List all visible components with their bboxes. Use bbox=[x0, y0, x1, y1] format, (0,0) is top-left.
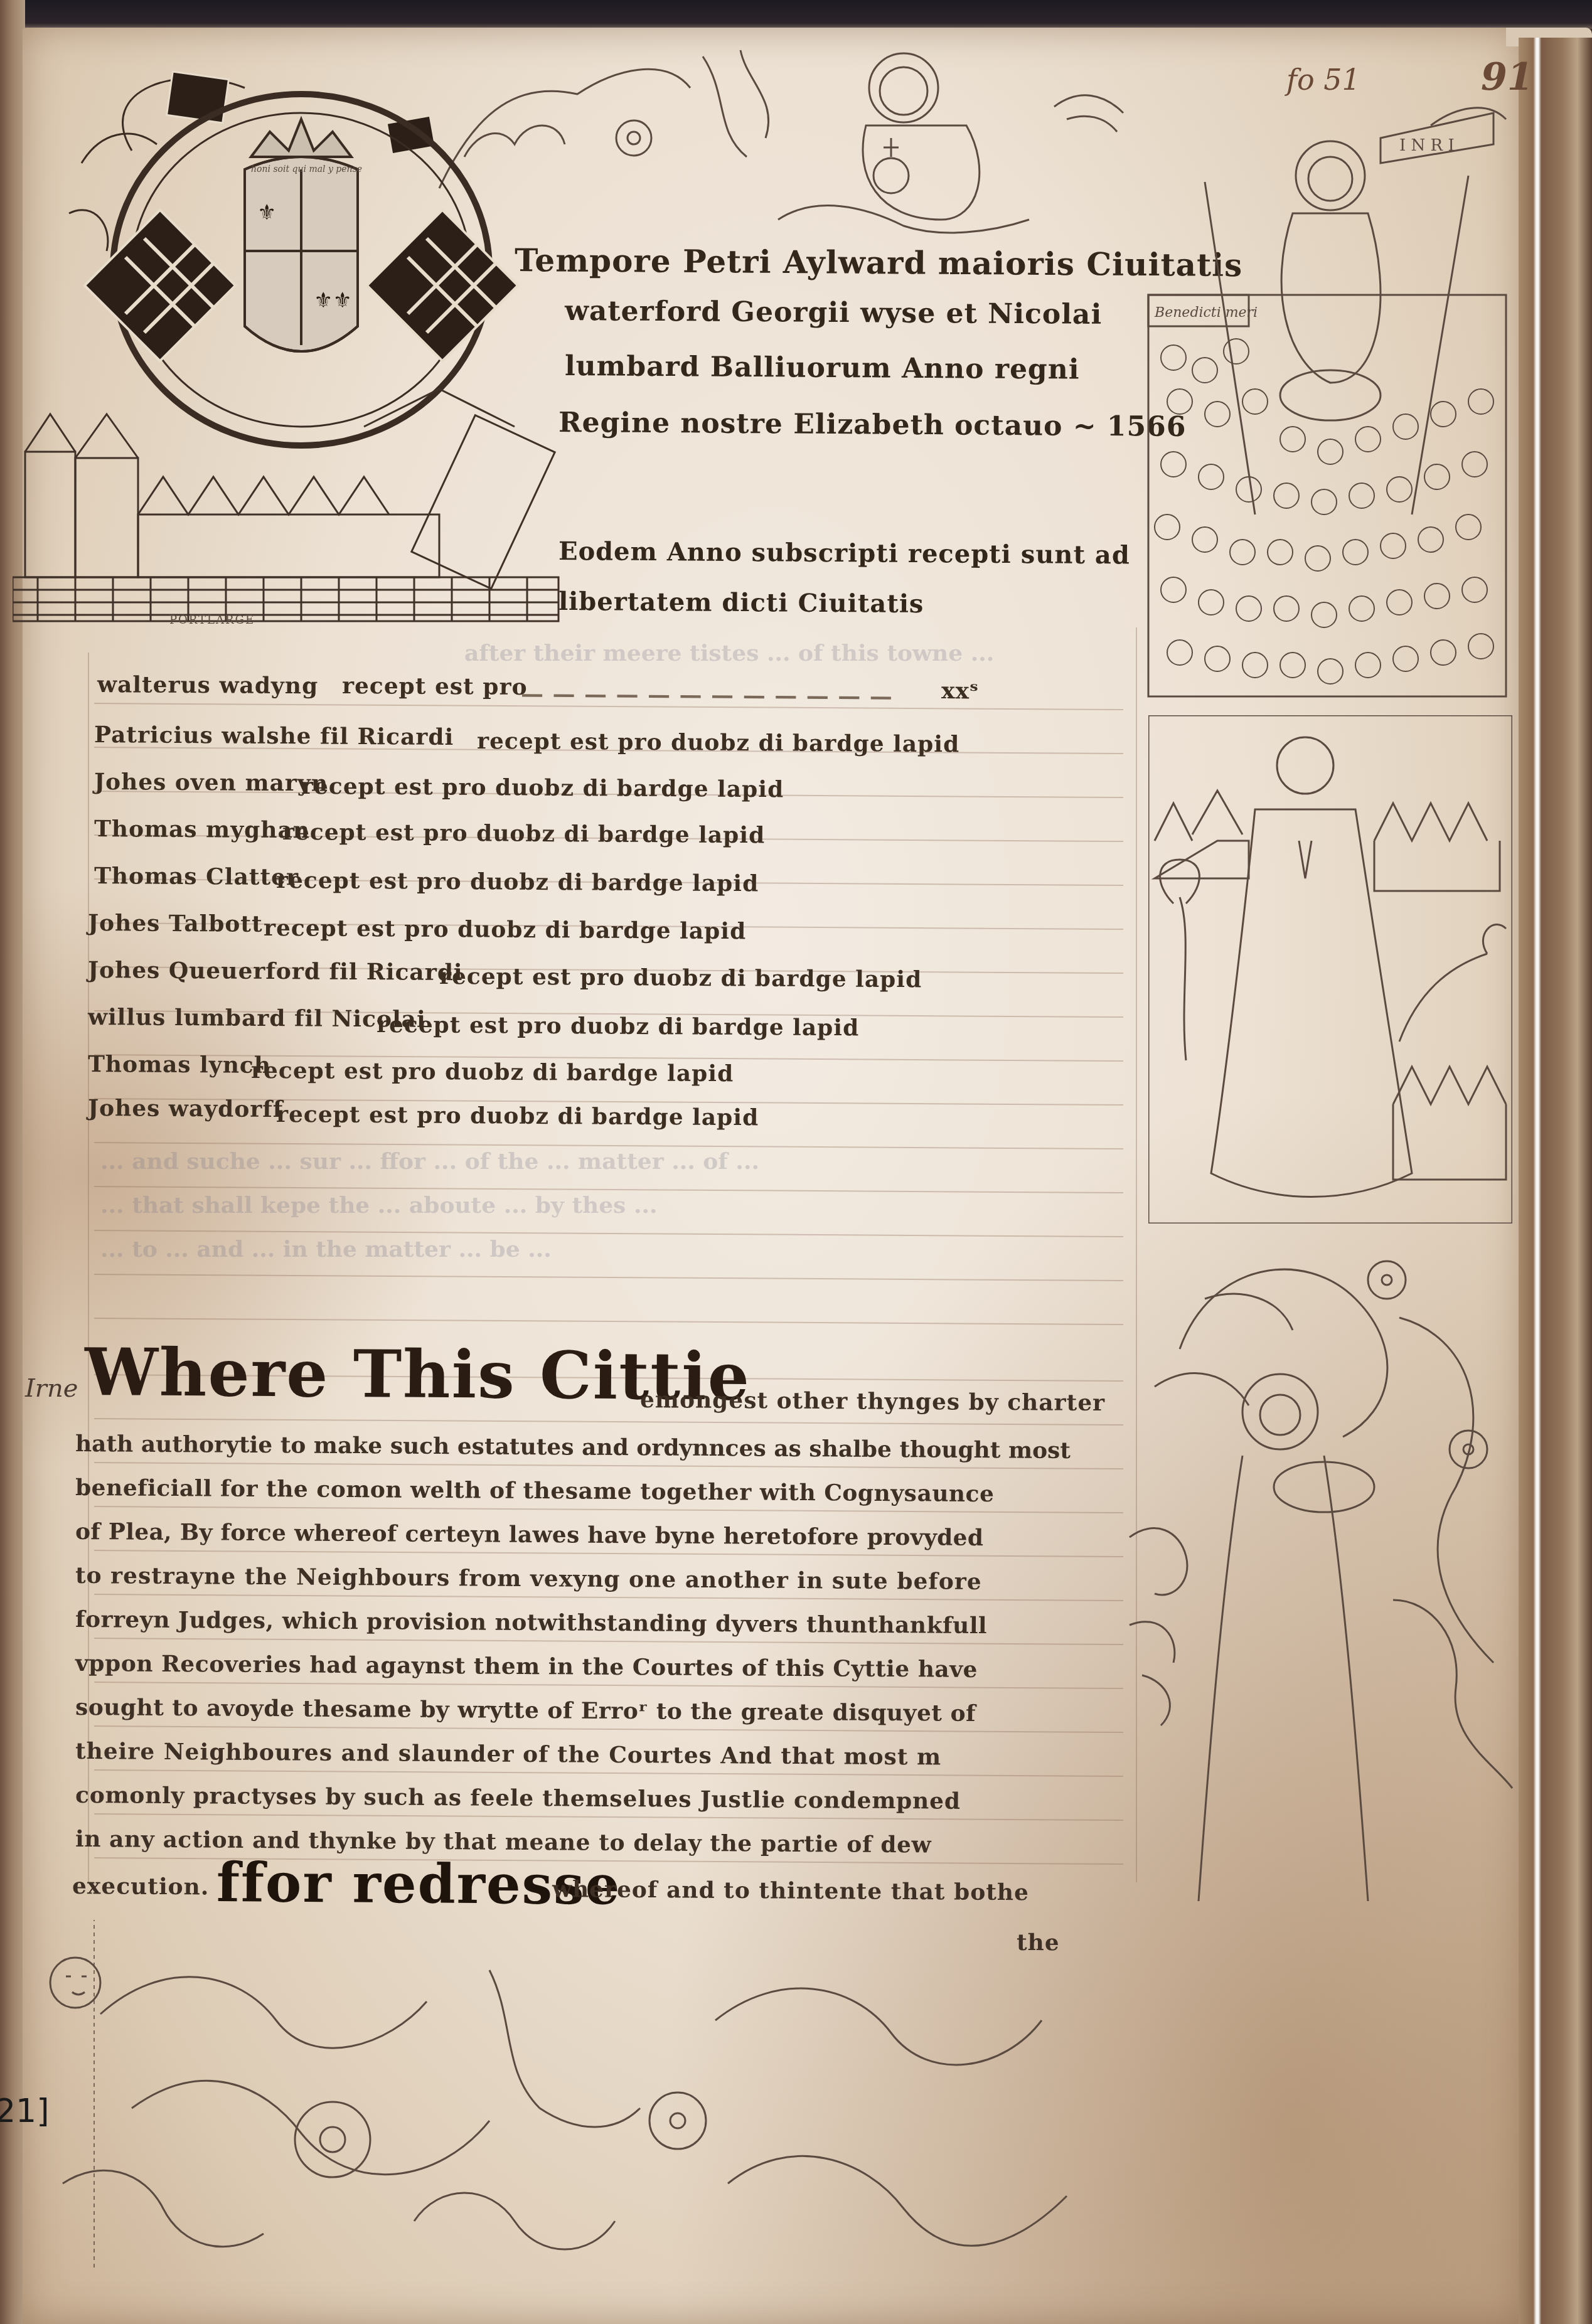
freeman-entry: recept est pro duobz di bardge lapid bbox=[377, 1011, 859, 1041]
city-view-illustration bbox=[13, 351, 577, 640]
show-through-text: ... to ... and ... in the matter ... be … bbox=[100, 1236, 552, 1262]
freeman-name: Johes Talbott bbox=[88, 910, 263, 937]
freeman-entry: recept est pro bbox=[342, 673, 528, 700]
freeman-entry: recept est pro duobz di bardge lapid bbox=[264, 915, 746, 944]
city-label: PORTLARGE bbox=[169, 614, 255, 627]
binding-gutter bbox=[0, 0, 25, 2324]
statute-line: emongest other thynges by charter bbox=[640, 1387, 1105, 1416]
freeman-name: Johes Queuerford fil Ricardi bbox=[88, 957, 463, 986]
standing-woman-illustration bbox=[1148, 715, 1512, 1223]
svg-text:Benedicti meri: Benedicti meri bbox=[1154, 305, 1258, 321]
margin-note: Irne bbox=[25, 1374, 78, 1403]
fee-dash-leader: — — — — — — — — — — — — bbox=[521, 681, 893, 710]
heading-line-2: waterford Georgii wyse et Nicolai bbox=[565, 295, 1103, 331]
freeman-name: Thomas myghan bbox=[94, 816, 310, 843]
heading-line-1: Tempore Petri Aylward maioris Ciuitatis bbox=[515, 242, 1243, 284]
freeman-name: Johes oven maryn bbox=[94, 769, 328, 797]
svg-text:I N R I: I N R I bbox=[1399, 136, 1455, 155]
svg-text:⚜⚜: ⚜⚜ bbox=[314, 288, 352, 313]
bottom-border-illustration bbox=[38, 1920, 1142, 2296]
freeman-entry: recept est pro duobz di bardge lapid bbox=[301, 773, 784, 802]
heading-line-4: Regine nostre Elizabeth octauo ~ 1566 bbox=[558, 407, 1187, 443]
freeman-name: Patricius walshe fil Ricardi bbox=[94, 722, 454, 750]
freeman-entry: recept est pro duobz di bardge lapid bbox=[439, 963, 922, 993]
show-through-text: after their meere tistes ... of this tow… bbox=[464, 640, 994, 666]
virgin-and-child-illustration bbox=[1117, 1223, 1519, 1939]
freeman-name: walterus wadyng bbox=[97, 671, 319, 699]
freeman-name: willus lumbard fil Nicolai bbox=[88, 1004, 426, 1033]
heading-line-3: lumbard Balliuorum Anno regni bbox=[565, 350, 1080, 386]
subheading-line-1: Eodem Anno subscripti recepti sunt ad bbox=[558, 536, 1130, 570]
statute-line: execution. bbox=[72, 1873, 210, 1900]
subheading-line-2: libertatem dicti Ciuitatis bbox=[558, 587, 924, 619]
freeman-entry: recept est pro duobz di bardge lapid bbox=[276, 1101, 759, 1131]
statute-line: whereof and to thintente that bothe bbox=[552, 1876, 1029, 1906]
page-fore-edge bbox=[1519, 38, 1592, 2324]
freeman-name: Thomas lynch bbox=[88, 1051, 271, 1079]
freeman-entry: recept est pro duobz di bardge lapid bbox=[282, 819, 765, 848]
background-top bbox=[0, 0, 1592, 29]
shelfmark-annotation: 21] bbox=[0, 2092, 49, 2130]
freeman-name: Johes waydorff bbox=[88, 1095, 284, 1122]
freeman-fee: xxˢ bbox=[941, 678, 979, 704]
show-through-text: ... that shall kepe the ... aboute ... b… bbox=[100, 1192, 658, 1218]
freeman-entry: recept est pro duobz di bardge lapid bbox=[276, 867, 759, 897]
freeman-name: Thomas Clatter bbox=[94, 863, 299, 890]
last-judgement-illustration: I N R I Benedicti meri bbox=[1142, 88, 1512, 703]
motto-scroll: honi soit qui mal y pense bbox=[251, 164, 362, 174]
freeman-entry: recept est pro duobz di bardge lapid bbox=[477, 728, 959, 757]
freeman-entry: recept est pro duobz di bardge lapid bbox=[251, 1057, 734, 1087]
svg-text:⚜: ⚜ bbox=[257, 200, 276, 225]
show-through-text: ... and suche ... sur ... ffor ... of th… bbox=[100, 1148, 759, 1175]
